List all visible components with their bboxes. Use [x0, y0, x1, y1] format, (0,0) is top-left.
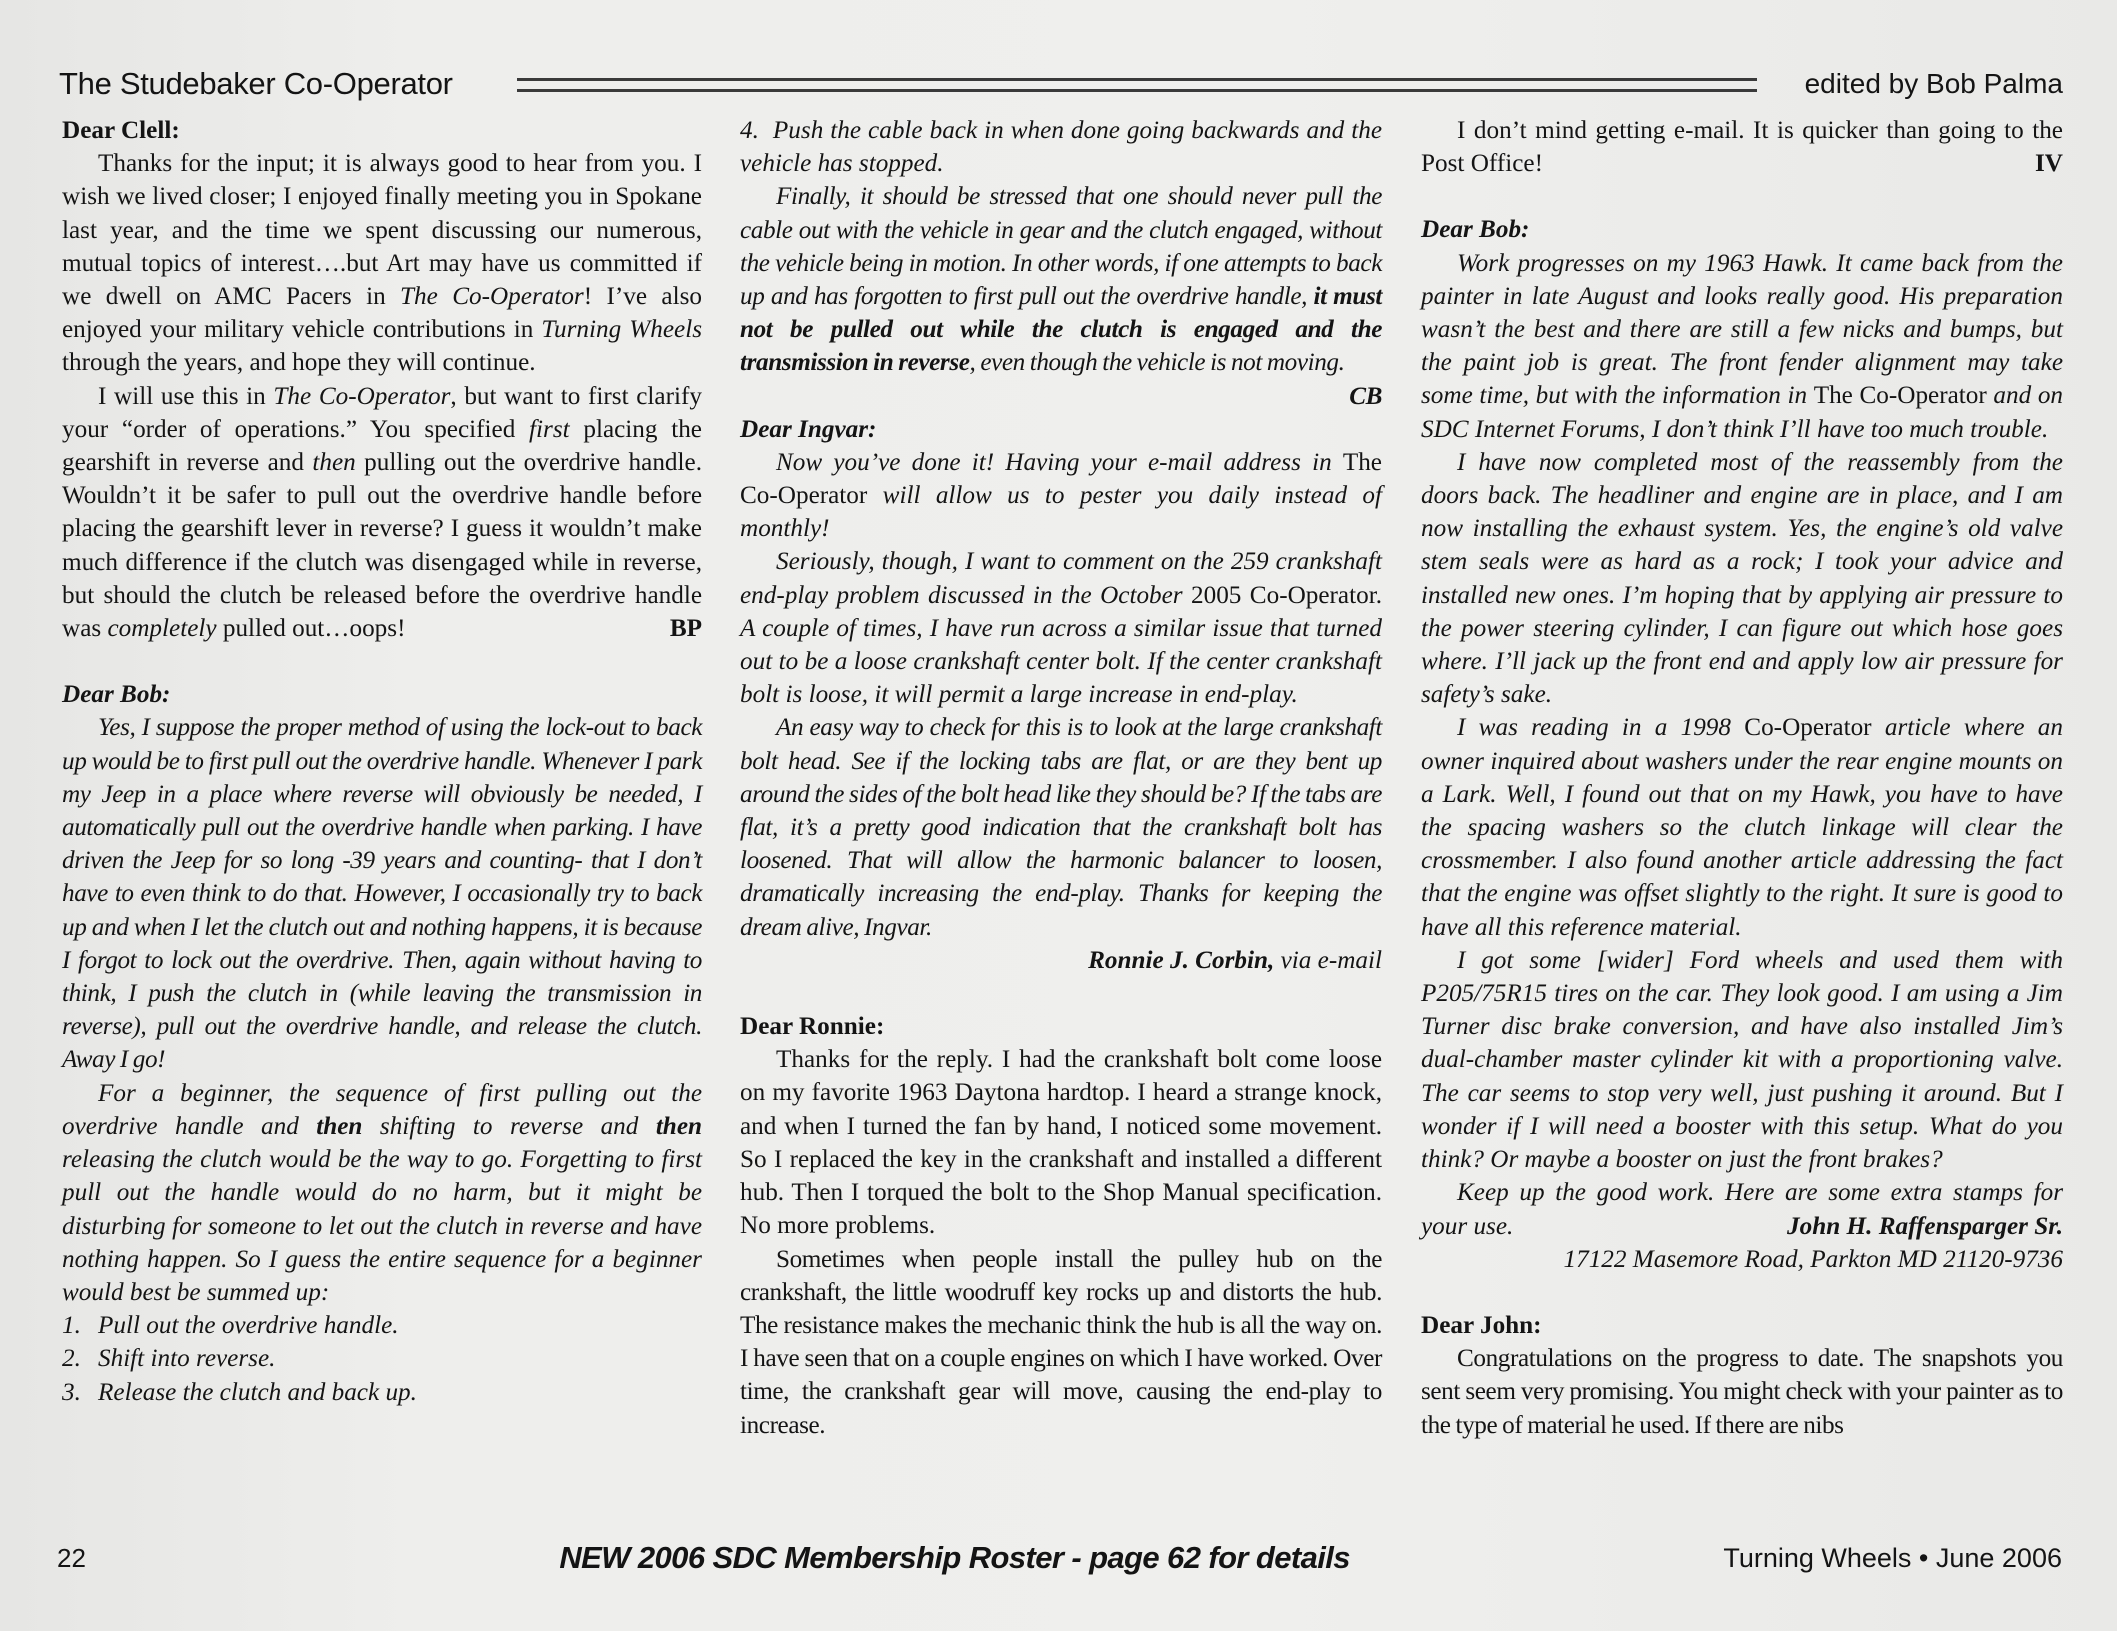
- spacer: [62, 645, 702, 678]
- spacer: [740, 380, 1382, 413]
- paragraph: An easy way to check for this is to look…: [740, 711, 1382, 943]
- paragraph: I have now completed most of the reassem…: [1421, 446, 2063, 712]
- publication-title: Co-Operator: [1744, 714, 1871, 741]
- list-number: 2.: [62, 1342, 98, 1375]
- column-3: I don’t mind getting e-mail. It is quick…: [1421, 114, 2063, 1442]
- paragraph: Thanks for the reply. I had the cranksha…: [740, 1043, 1382, 1242]
- text: Finally, it should be stressed that one …: [740, 183, 1382, 310]
- signoff-initials: IV: [1999, 147, 2063, 180]
- paragraph: Congratulations on the progress to date.…: [1421, 1342, 2063, 1442]
- salutation-dear-ronnie: Dear Ronnie:: [740, 1010, 1382, 1043]
- signature-name: John H. Raffensparger Sr.: [1751, 1210, 2063, 1243]
- signature-address: 17122 Masemore Road, Parkton MD 21120-97…: [1421, 1243, 2063, 1276]
- running-header: The Studebaker Co-Operator edited by Bob…: [59, 62, 2063, 106]
- text: , even though the vehicle is not moving.: [970, 349, 1345, 376]
- list-text: Push the cable back in when done going b…: [740, 117, 1382, 177]
- publication-title: The Co-Operator: [273, 383, 450, 410]
- list-item: 1.Pull out the overdrive handle.: [62, 1309, 702, 1342]
- paragraph: Yes, I suppose the proper method of usin…: [62, 711, 702, 1076]
- paragraph: Seriously, though, I want to comment on …: [740, 545, 1382, 711]
- paragraph: Now you’ve done it! Having your e-mail a…: [740, 446, 1382, 546]
- salutation-dear-bob: Dear Bob:: [1421, 213, 2063, 246]
- signature-line: Ronnie J. Corbin, via e-mail: [740, 944, 1382, 977]
- paragraph: Finally, it should be stressed that one …: [740, 180, 1382, 379]
- spacer: [740, 977, 1382, 1010]
- paragraph: I got some [wider] Ford wheels and used …: [1421, 944, 2063, 1176]
- salutation-dear-john: Dear John:: [1421, 1309, 2063, 1342]
- emphasis: then: [312, 449, 355, 476]
- paragraph: Work progresses on my 1963 Hawk. It came…: [1421, 247, 2063, 446]
- list-text: Shift into reverse.: [98, 1342, 275, 1375]
- list-text: Pull out the overdrive handle.: [98, 1309, 399, 1342]
- text: through the years, and hope they will co…: [62, 349, 536, 376]
- emphasis: first: [529, 416, 570, 443]
- column-2: 4. Push the cable back in when done goin…: [740, 114, 1382, 1442]
- publication-title: 2005 Co-Operator.: [1191, 582, 1382, 609]
- list-item: 3.Release the clutch and back up.: [62, 1376, 702, 1409]
- salutation-dear-bob: Dear Bob:: [62, 678, 702, 711]
- text: I was reading in a 1998: [1457, 714, 1744, 741]
- running-footer: 22 NEW 2006 SDC Membership Roster - page…: [57, 1538, 2062, 1578]
- section-title: The Studebaker Co-Operator: [59, 66, 453, 102]
- list-number: 1.: [62, 1309, 98, 1342]
- paragraph: I don’t mind getting e-mail. It is quick…: [1421, 114, 2063, 180]
- salutation-dear-ingvar: Dear Ingvar:: [740, 413, 1382, 446]
- emphasis: completely: [107, 615, 216, 642]
- editor-credit: edited by Bob Palma: [1805, 68, 2063, 100]
- paragraph: Thanks for the input; it is always good …: [62, 147, 702, 379]
- publication-title: The Co-Operator: [400, 283, 584, 310]
- signoff-initials: CB: [1313, 380, 1382, 413]
- salutation-dear-clell: Dear Clell:: [62, 114, 702, 147]
- issue-info: Turning Wheels • June 2006: [1723, 1543, 2062, 1574]
- double-rule-divider: [517, 78, 1757, 92]
- page-number: 22: [57, 1543, 86, 1574]
- publication-title: Turning Wheels: [541, 316, 702, 343]
- text: article where an owner inquired about wa…: [1421, 714, 2063, 940]
- text: pulling out the overdrive handle. Wouldn…: [62, 449, 702, 642]
- paragraph: Keep up the good work. Here are some ext…: [1421, 1176, 2063, 1242]
- paragraph: For a beginner, the sequence of first pu…: [62, 1077, 702, 1309]
- text: pulled out…oops!: [217, 615, 406, 642]
- promo-banner: NEW 2006 SDC Membership Roster - page 62…: [559, 1540, 1350, 1576]
- column-1: Dear Clell: Thanks for the input; it is …: [62, 114, 702, 1409]
- signature-via: via e-mail: [1274, 947, 1382, 974]
- emphasis: then: [316, 1113, 362, 1140]
- spacer: [1421, 180, 2063, 213]
- paragraph: I was reading in a 1998 Co-Operator arti…: [1421, 711, 2063, 943]
- paragraph: Sometimes when people install the pulley…: [740, 1243, 1382, 1442]
- paragraph: I will use this in The Co-Operator, but …: [62, 380, 702, 646]
- text: I will use this in: [98, 383, 273, 410]
- signoff-initials: BP: [634, 612, 702, 645]
- list-text: Release the clutch and back up.: [98, 1376, 417, 1409]
- list-number: 3.: [62, 1376, 98, 1409]
- text: shifting to reverse and: [362, 1113, 655, 1140]
- list-item: 4. Push the cable back in when done goin…: [740, 114, 1382, 180]
- list-number: 4.: [740, 117, 759, 144]
- text: A couple of times, I have run across a s…: [740, 615, 1382, 708]
- list-item: 2.Shift into reverse.: [62, 1342, 702, 1375]
- text: I don’t mind getting e-mail. It is quick…: [1421, 117, 2063, 177]
- spacer: [1421, 1276, 2063, 1309]
- text: Now you’ve done it! Having your e-mail a…: [776, 449, 1343, 476]
- emphasis: then: [656, 1113, 702, 1140]
- signature-name: Ronnie J. Corbin,: [1088, 947, 1274, 974]
- publication-title: The Co-Operator: [1814, 382, 1987, 409]
- text: releasing the clutch would be the way to…: [62, 1146, 702, 1306]
